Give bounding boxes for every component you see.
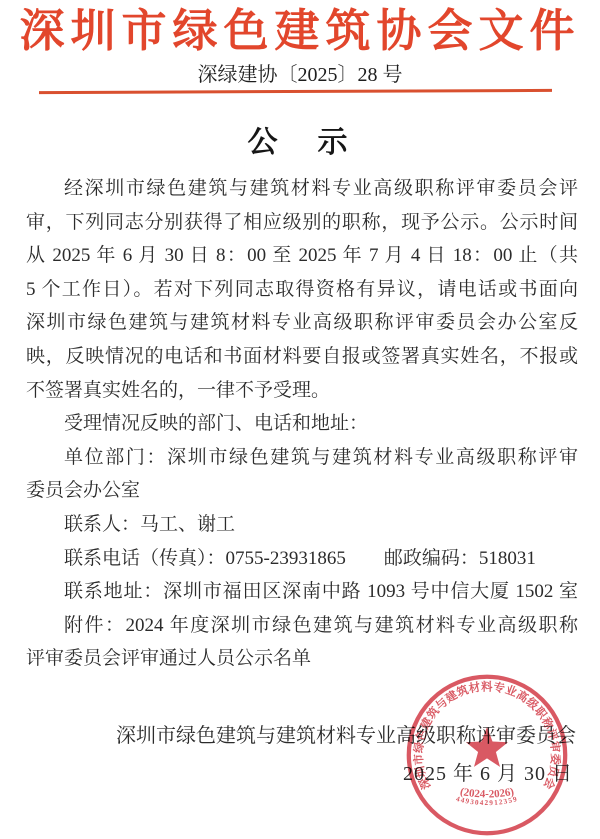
star-icon bbox=[466, 727, 508, 767]
document-number: 深绿建协〔2025〕28 号 bbox=[0, 62, 600, 88]
body-line: 深圳市绿色建筑与建筑材料专业高级职称评审委员会办公室反 bbox=[26, 306, 578, 340]
body-line: 联系人：马工、谢工 bbox=[26, 508, 578, 542]
body-line: 经深圳市绿色建筑与建筑材料专业高级职称评审委员会评 bbox=[26, 172, 578, 206]
body-line: 委员会办公室 bbox=[26, 474, 578, 508]
document-org-title: 深圳市绿色建筑协会文件 bbox=[0, 6, 600, 56]
body-line: 审，下列同志分别获得了相应级别的职称，现予公示。公示时间 bbox=[26, 206, 578, 240]
body-line: 5 个工作日）。若对下列同志取得资格有异议，请电话或书面向 bbox=[26, 273, 578, 307]
body-line: 受理情况反映的部门、电话和地址： bbox=[26, 407, 578, 441]
body-line: 附件：2024 年度深圳市绿色建筑与建筑材料专业高级职称 bbox=[26, 609, 578, 643]
official-seal: 深圳市绿色建筑与建筑材料专业高级职称评审委员会 (2024-2026) 4493… bbox=[402, 670, 572, 839]
document-page: 深圳市绿色建筑协会文件 深绿建协〔2025〕28 号 公 示 经深圳市绿色建筑与… bbox=[0, 0, 600, 839]
body-line: 映，反映情况的电话和书面材料要自报或签署真实姓名，不报或 bbox=[26, 340, 578, 374]
body-line: 从 2025 年 6 月 30 日 8：00 至 2025 年 7 月 4 日 … bbox=[26, 239, 578, 273]
notice-body: 经深圳市绿色建筑与建筑材料专业高级职称评审委员会评审，下列同志分别获得了相应级别… bbox=[26, 172, 578, 676]
body-line: 联系电话（传真）：0755-23931865 邮政编码：518031 bbox=[26, 542, 578, 576]
body-line: 不签署真实姓名的，一律不予受理。 bbox=[26, 374, 578, 408]
header-divider-line bbox=[39, 89, 552, 94]
notice-title: 公 示 bbox=[0, 124, 600, 162]
body-line: 联系地址：深圳市福田区深南中路 1093 号中信大厦 1502 室 bbox=[26, 575, 578, 609]
body-line: 单位部门：深圳市绿色建筑与建筑材料专业高级职称评审 bbox=[26, 441, 578, 475]
